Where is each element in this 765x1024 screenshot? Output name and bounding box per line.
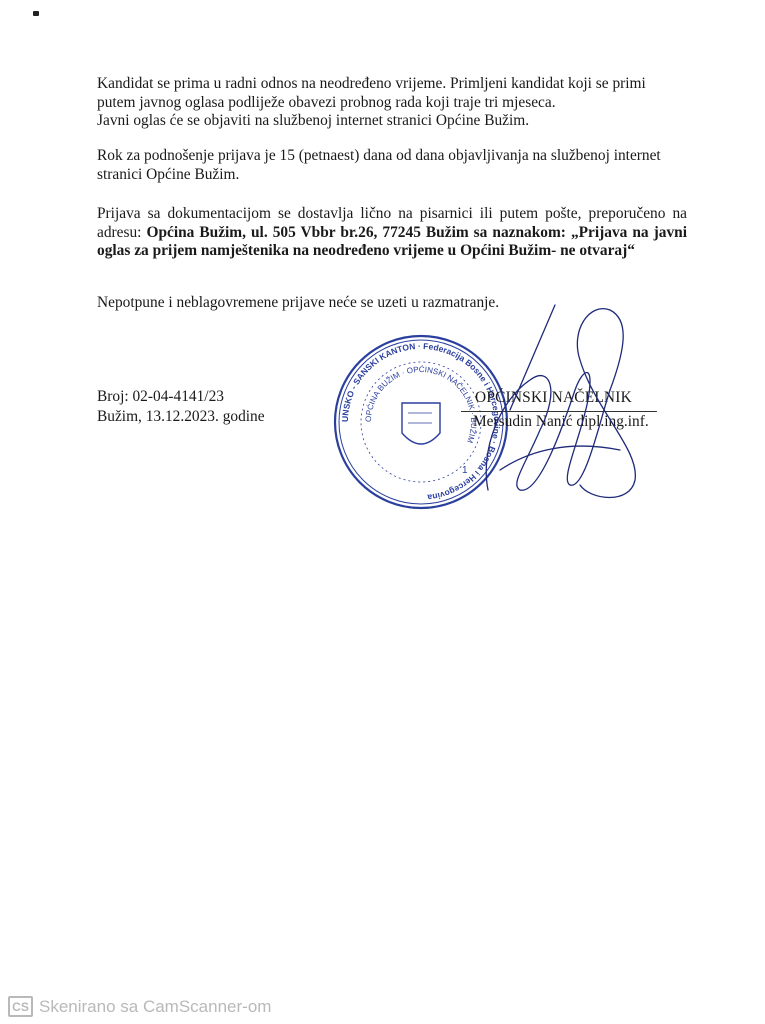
scanned-document-page: Kandidat se prima u radni odnos na neodr… [0,0,765,1024]
place-date: Bužim, 13.12.2023. godine [97,407,265,427]
submission-address-text: Općina Bužim, ul. 505 Vbbr br.26, 77245 … [97,224,687,260]
reference-number: Broj: 02-04-4141/23 [97,387,265,407]
publication-text: Javni oglas će se objaviti na službenoj … [97,112,529,129]
stamp-number: 1 [462,465,468,476]
reference-block: Broj: 02-04-4141/23 Bužim, 13.12.2023. g… [97,387,265,427]
camscanner-watermark: CS Skenirano sa CamScanner-om [8,996,271,1017]
camscanner-logo-icon: CS [8,996,33,1017]
submission-paragraph: Prijava sa dokumentacijom se dostavlja l… [97,205,687,261]
handwritten-signature [470,300,670,510]
watermark-label: Skenirano sa CamScanner-om [39,997,271,1017]
employment-terms-text: Kandidat se prima u radni odnos na neodr… [97,75,646,111]
scan-artifact-mark [33,11,39,16]
employment-paragraph: Kandidat se prima u radni odnos na neodr… [97,75,687,131]
deadline-paragraph: Rok za podnošenje prijava je 15 (petnaes… [97,147,687,184]
